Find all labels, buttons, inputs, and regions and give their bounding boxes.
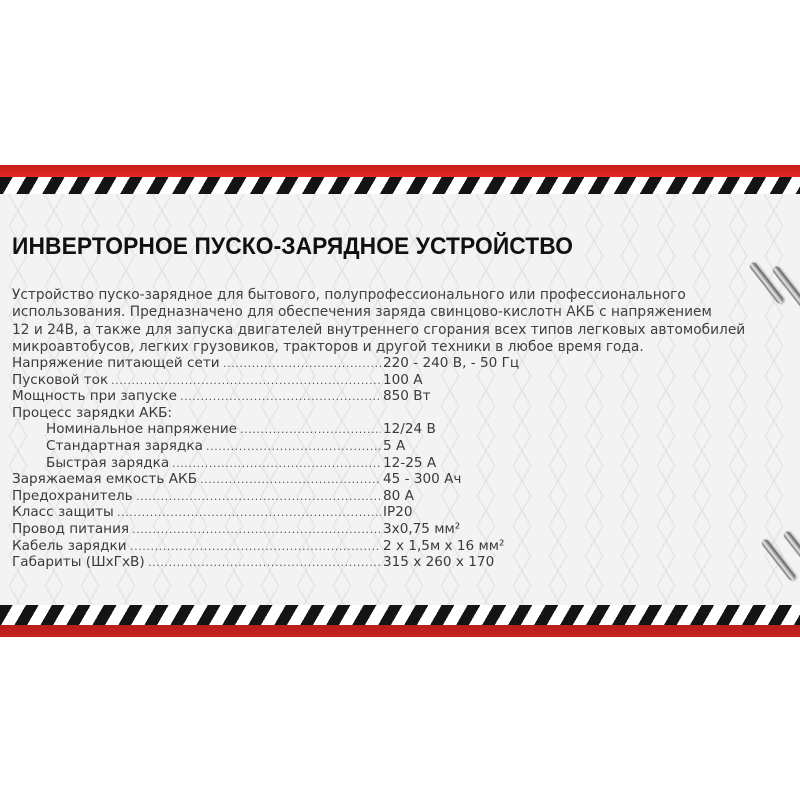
spec-dot-leader: ........................................… [240, 421, 381, 438]
spec-row: Предохранитель..........................… [12, 488, 572, 505]
spec-name: Предохранитель [12, 488, 133, 505]
spec-name: Кабель зарядки [12, 538, 127, 555]
spec-name: Габариты (ШxГxВ) [12, 554, 145, 571]
spec-name: Мощность при запуске [12, 388, 177, 405]
description-line: Устройство пуско-зарядное для бытового, … [12, 287, 686, 303]
spec-row: Заряжаемая емкость АКБ..................… [12, 471, 572, 488]
spec-value: 220 - 240 В, - 50 Гц [383, 355, 519, 372]
spec-row: Стандартная зарядка.....................… [12, 438, 572, 455]
spec-dot-leader: ........................................… [180, 388, 381, 405]
spec-dot-leader: ........................................… [172, 455, 381, 472]
description-line: микроавтобусов, легких грузовиков, тракт… [12, 339, 644, 355]
spec-dot-leader: ........................................… [132, 521, 381, 538]
spec-row: Напряжение питающей сети................… [12, 355, 572, 372]
spec-row: Пусковой ток............................… [12, 372, 572, 389]
spec-dot-leader: ........................................… [223, 355, 381, 372]
spec-row: Провод питания..........................… [12, 521, 572, 538]
red-band-top [0, 165, 800, 177]
spec-name: Пусковой ток [12, 372, 108, 389]
product-label-card: ИНВЕРТОРНОЕ ПУСКО-ЗАРЯДНОЕ УСТРОЙСТВО Ус… [0, 165, 800, 637]
product-description: Устройство пуско-зарядное для бытового, … [12, 269, 780, 357]
spec-value: 12/24 В [383, 421, 436, 438]
spec-row: Номинальное напряжение..................… [12, 421, 572, 438]
hazard-stripes-top [0, 177, 800, 194]
spec-row: Кабель зарядки..........................… [12, 538, 572, 555]
spec-value: 5 А [383, 438, 405, 455]
spec-name: Заряжаемая емкость АКБ [12, 471, 197, 488]
spec-value: 2 x 1,5м x 16 мм² [383, 538, 504, 555]
spec-value: 850 Вт [383, 388, 431, 405]
spec-row: Мощность при запуске....................… [12, 388, 572, 405]
description-line: 12 и 24В, а также для запуска двигателей… [12, 322, 745, 338]
spec-dot-leader: ........................................… [117, 504, 381, 521]
product-title: ИНВЕРТОРНОЕ ПУСКО-ЗАРЯДНОЕ УСТРОЙСТВО [12, 233, 573, 261]
description-line: использования. Предназначено для обеспеч… [12, 304, 712, 320]
spec-dot-leader: ........................................… [136, 488, 381, 505]
spec-value: 12-25 А [383, 455, 436, 472]
spec-name: Стандартная зарядка [12, 438, 203, 455]
spec-value: 315 x 260 x 170 [383, 554, 494, 571]
specifications-list: Напряжение питающей сети................… [12, 355, 572, 571]
spec-value: 100 А [383, 372, 423, 389]
hazard-stripes-bottom [0, 605, 800, 625]
red-band-bottom [0, 625, 800, 637]
spec-dot-leader: ........................................… [206, 438, 381, 455]
spec-row: Процесс зарядки АКБ: [12, 405, 572, 422]
spec-name: Номинальное напряжение [12, 421, 237, 438]
spec-row: Класс защиты............................… [12, 504, 572, 521]
spec-value: 45 - 300 Ач [383, 471, 461, 488]
spec-row: Габариты (ШxГxВ)........................… [12, 554, 572, 571]
spec-value: IP20 [383, 504, 413, 521]
spec-name: Класс защиты [12, 504, 114, 521]
spec-dot-leader: ........................................… [111, 372, 381, 389]
spec-name: Провод питания [12, 521, 129, 538]
spec-name: Напряжение питающей сети [12, 355, 220, 372]
spec-name: Быстрая зарядка [12, 455, 169, 472]
spec-dot-leader: ........................................… [130, 538, 381, 555]
spec-value: 3x0,75 мм² [383, 521, 460, 538]
spec-value: 80 А [383, 488, 414, 505]
spec-name: Процесс зарядки АКБ: [12, 405, 172, 422]
spec-dot-leader: ........................................… [148, 554, 381, 571]
spec-row: Быстрая зарядка.........................… [12, 455, 572, 472]
spec-dot-leader: ........................................… [200, 471, 381, 488]
